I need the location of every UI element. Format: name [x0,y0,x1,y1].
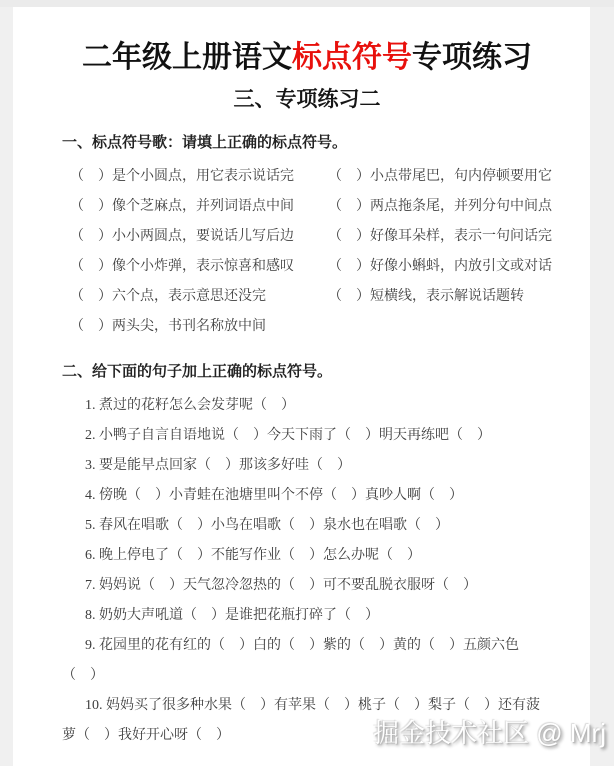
song-item: （ ）两点拖条尾，并列分句中间点 [328,192,552,222]
punctuation-song-right-column: （ ）小点带尾巴，句内停顿要用它 （ ）两点拖条尾，并列分句中间点 （ ）好像耳… [328,162,552,342]
section-two-heading: 二、给下面的句子加上正确的标点符号。 [62,362,552,382]
page-title-suffix: 专项练习 [412,41,532,74]
song-item: （ ）像个芝麻点，并列词语点中间 [70,192,328,222]
sentence-item: 9. 花园里的花有红的（ ）白的（ ）紫的（ ）黄的（ ）五颜六色（ ） [62,631,552,691]
sentence-item: 3. 要是能早点回家（ ）那该多好哇（ ） [62,451,552,481]
punctuation-song-left-column: （ ）是个小圆点，用它表示说话完 （ ）像个芝麻点，并列词语点中间 （ ）小小两… [70,162,328,342]
song-item: （ ）六个点，表示意思还没完 [70,282,328,312]
page-title: 二年级上册语文标点符号专项练习 [62,7,552,79]
watermark: 掘金技术社区 @ Mrj [373,713,606,750]
song-item: （ ）好像小蝌蚪，内放引文或对话 [328,252,552,282]
sentence-item: 2. 小鸭子自言自语地说（ ）今天下雨了（ ）明天再练吧（ ） [62,421,552,451]
worksheet-page: 二年级上册语文标点符号专项练习 三、专项练习二 一、标点符号歌：请填上正确的标点… [13,7,590,766]
page-title-prefix: 二年级上册语文 [82,41,292,74]
section-one-heading: 一、标点符号歌：请填上正确的标点符号。 [62,133,552,153]
song-item: （ ）像个小炸弹，表示惊喜和感叹 [70,252,328,282]
sentence-exercise-list: 1. 煮过的花籽怎么会发芽呢（ ） 2. 小鸭子自言自语地说（ ）今天下雨了（ … [62,391,552,751]
song-item: （ ）小点带尾巴，句内停顿要用它 [328,162,552,192]
sentence-item: 6. 晚上停电了（ ）不能写作业（ ）怎么办呢（ ） [62,541,552,571]
sentence-item: 8. 奶奶大声吼道（ ）是谁把花瓶打碎了（ ） [62,601,552,631]
sentence-item: 7. 妈妈说（ ）天气忽冷忽热的（ ）可不要乱脱衣服呀（ ） [62,571,552,601]
song-item: （ ）短横线，表示解说话题转 [328,282,552,312]
song-item: （ ）两头尖，书刊名称放中间 [70,312,328,342]
song-item: （ ）小小两圆点，要说话儿写后边 [70,222,328,252]
page-title-highlight: 标点符号 [292,41,412,74]
punctuation-song-grid: （ ）是个小圆点，用它表示说话完 （ ）像个芝麻点，并列词语点中间 （ ）小小两… [70,162,552,342]
sentence-item: 1. 煮过的花籽怎么会发芽呢（ ） [62,391,552,421]
page-subtitle: 三、专项练习二 [62,85,552,115]
sentence-item: 5. 春风在唱歌（ ）小鸟在唱歌（ ）泉水也在唱歌（ ） [62,511,552,541]
page-top-strip [0,0,614,7]
sentence-item: 4. 傍晚（ ）小青蛙在池塘里叫个不停（ ）真吵人啊（ ） [62,481,552,511]
song-item: （ ）好像耳朵样，表示一句问话完 [328,222,552,252]
song-item: （ ）是个小圆点，用它表示说话完 [70,162,328,192]
